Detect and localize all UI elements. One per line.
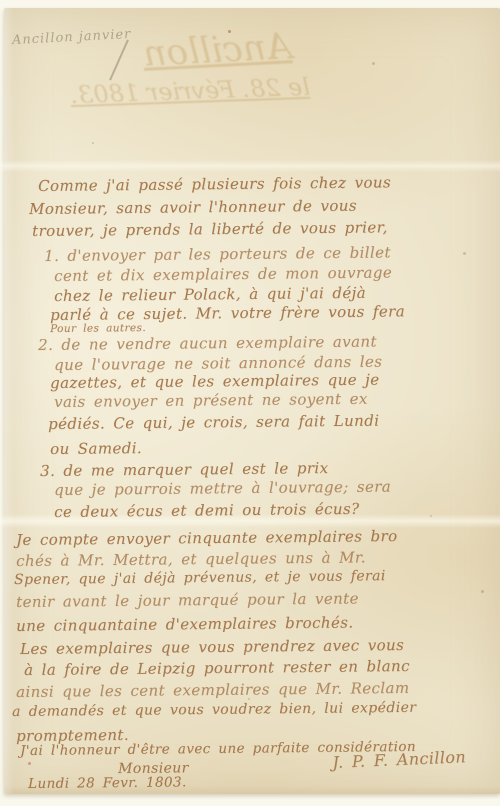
- letter-line: que je pourrois mettre à l'ouvrage; sera: [54, 477, 391, 499]
- letter-line: ce deux écus et demi ou trois écus?: [54, 500, 360, 521]
- letter-line: une cinquantaine d'exemplaires brochés.: [16, 613, 354, 635]
- letter-line: chés à Mr. Mettra, et quelques uns à Mr.: [16, 548, 366, 570]
- letter-line: Monsieur, sans avoir l'honneur de vous: [29, 197, 357, 218]
- letter-line: 1. d'envoyer par les porteurs de ce bill…: [44, 243, 391, 265]
- paper-speck: [463, 252, 466, 255]
- letter-line: ou Samedi.: [50, 439, 142, 458]
- letter-line: parlé à ce sujet. Mr. votre frère vous f…: [50, 302, 405, 324]
- letter-line: 3. de me marquer quel est le prix: [40, 459, 329, 480]
- letter-line: tenir avant le jour marqué pour la vente: [16, 589, 359, 611]
- paper-speck: [92, 142, 94, 144]
- paper-speck: [481, 590, 484, 593]
- dateline: Lundi 28 Fevr. 1803.: [28, 774, 187, 792]
- letter-line: pédiés. Ce qui, je crois, sera fait Lund…: [48, 412, 379, 433]
- interline-note: Pour les autres.: [50, 322, 146, 335]
- letter-line: chez le relieur Polack, à qui j'ai déjà: [54, 284, 366, 305]
- letter-line: 2. de ne vendre aucun exemplaire avant: [38, 332, 377, 354]
- paper-speck: [28, 762, 31, 765]
- letter-line: vais envoyer en présent ne soyent ex: [54, 390, 368, 411]
- letter-line: trouver, je prends la liberté de vous pr…: [32, 218, 388, 240]
- letter-line: gazettes, et que les exemplaires que je: [50, 371, 380, 392]
- paper-speck: [430, 515, 432, 517]
- manuscript-scan: { "document": { "kind": "handwritten let…: [0, 0, 500, 806]
- letter-line: Comme j'ai passé plusieurs fois chez vou…: [38, 173, 391, 195]
- letter-line: cent et dix exemplaires de mon ouvrage: [54, 263, 392, 285]
- paper-speck: [372, 62, 375, 65]
- paper-speck: [228, 30, 231, 33]
